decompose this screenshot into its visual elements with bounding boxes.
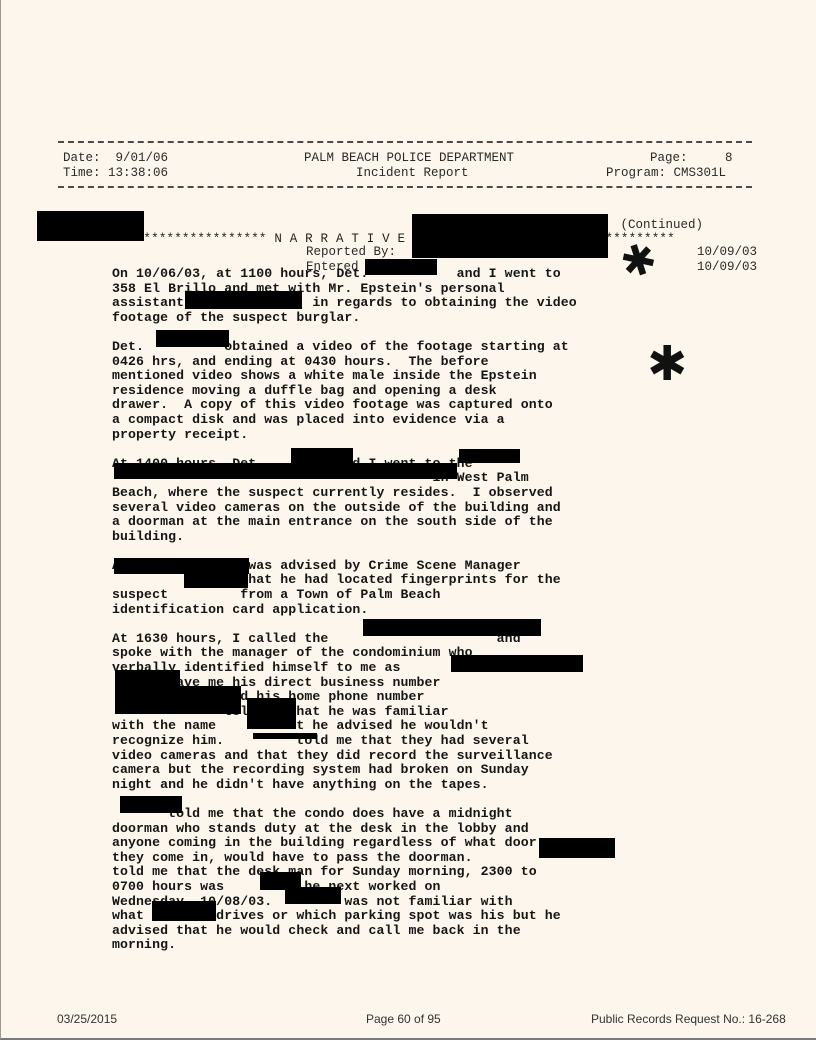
narrative-paragraph: Det. obtained a video of the footage sta… (112, 340, 652, 442)
redaction-block (247, 698, 296, 729)
redaction-block (253, 733, 317, 739)
narrative-line: video cameras and that they did record t… (112, 749, 652, 764)
narrative-line: advised that he would check and call me … (112, 924, 652, 939)
narrative-line: morning. (112, 938, 652, 953)
redaction-block (539, 838, 615, 858)
narrative-line: camera but the recording system had brok… (112, 763, 652, 778)
narrative-body: On 10/06/03, at 1100 hours, Det. and I w… (112, 267, 652, 968)
header-bottom-rule (58, 186, 752, 188)
narrative-line: building. (112, 530, 652, 545)
narrative-line: told me that the condo does have a midni… (112, 807, 652, 822)
time-label: Time: (63, 166, 101, 180)
narrative-paragraph: told me that the condo does have a midni… (112, 807, 652, 953)
narrative-line: property receipt. (112, 428, 652, 443)
narrative-line: doorman who stands duty at the desk in t… (112, 822, 652, 837)
date-value: 9/01/06 (116, 151, 169, 165)
footer-page-count: Page 60 of 95 (366, 1012, 441, 1026)
time-value: 13:38:06 (108, 166, 168, 180)
redaction-block (451, 655, 583, 672)
footer-date: 03/25/2015 (57, 1012, 117, 1026)
narrative-line: 0426 hrs, and ending at 0430 hours. The … (112, 355, 652, 370)
redaction-block (184, 573, 248, 588)
redaction-block (115, 686, 241, 714)
footer-records-request: Public Records Request No.: 16-268 (591, 1012, 786, 1026)
narrative-line: several video cameras on the outside of … (112, 501, 652, 516)
narrative-line: identification card application. (112, 603, 652, 618)
program-label: Program: (606, 166, 666, 180)
redaction-block (114, 558, 249, 574)
page-value: 8 (725, 151, 733, 165)
handwritten-asterisk-icon: ✱ (647, 336, 687, 392)
redaction-block (120, 796, 182, 813)
document-page: Date: 9/01/06 Time: 13:38:06 PALM BEACH … (0, 0, 816, 1040)
narrative-line: a compact disk and was placed into evide… (112, 413, 652, 428)
redaction-block (156, 330, 229, 347)
redaction-block (185, 291, 302, 309)
narrative-line: suspect from a Town of Palm Beach (112, 588, 652, 603)
narrative-line: recognize him. told me that they had sev… (112, 734, 652, 749)
header-time: Time: 13:38:06 (63, 166, 168, 181)
report-type: Incident Report (356, 166, 469, 181)
header-program: Program: CMS301L (606, 166, 726, 181)
narrative-line: mentioned video shows a white male insid… (112, 369, 652, 384)
reported-date: 10/09/03 (697, 245, 757, 260)
narrative-line: night and he didn't have anything on the… (112, 778, 652, 793)
reported-by-label: Reported By: (306, 245, 396, 260)
narrative-line: 0700 hours was and he next worked on (112, 880, 652, 895)
header-page: Page: 8 (650, 151, 733, 166)
redaction-block (365, 259, 437, 275)
date-label: Date: (63, 151, 101, 165)
redaction-block (412, 232, 608, 258)
narrative-line: a doorman at the main entrance on the so… (112, 515, 652, 530)
narrative-line: residence moving a duffle bag and openin… (112, 384, 652, 399)
redaction-block (459, 449, 520, 463)
narrative-line: Beach, where the suspect currently resid… (112, 486, 652, 501)
page-label: Page: (650, 151, 688, 165)
redaction-block (37, 211, 144, 241)
redaction-block (152, 901, 216, 921)
redaction-block (115, 670, 180, 686)
redaction-block (291, 448, 353, 464)
redaction-block (114, 463, 457, 479)
redaction-block (363, 619, 541, 636)
header-top-rule (58, 141, 752, 143)
narrative-line: drawer. A copy of this video footage was… (112, 398, 652, 413)
narrative-line: told me that the desk man for Sunday mor… (112, 865, 652, 880)
redaction-block (285, 887, 341, 904)
department-name: PALM BEACH POLICE DEPARTMENT (304, 151, 514, 166)
entered-date: 10/09/03 (697, 260, 757, 275)
continued-label: (Continued) (621, 218, 704, 232)
program-value: CMS301L (674, 166, 727, 180)
narrative-line: with the name but he advised he wouldn't (112, 719, 652, 734)
header-date: Date: 9/01/06 (63, 151, 168, 166)
narrative-line: footage of the suspect burglar. (112, 311, 652, 326)
